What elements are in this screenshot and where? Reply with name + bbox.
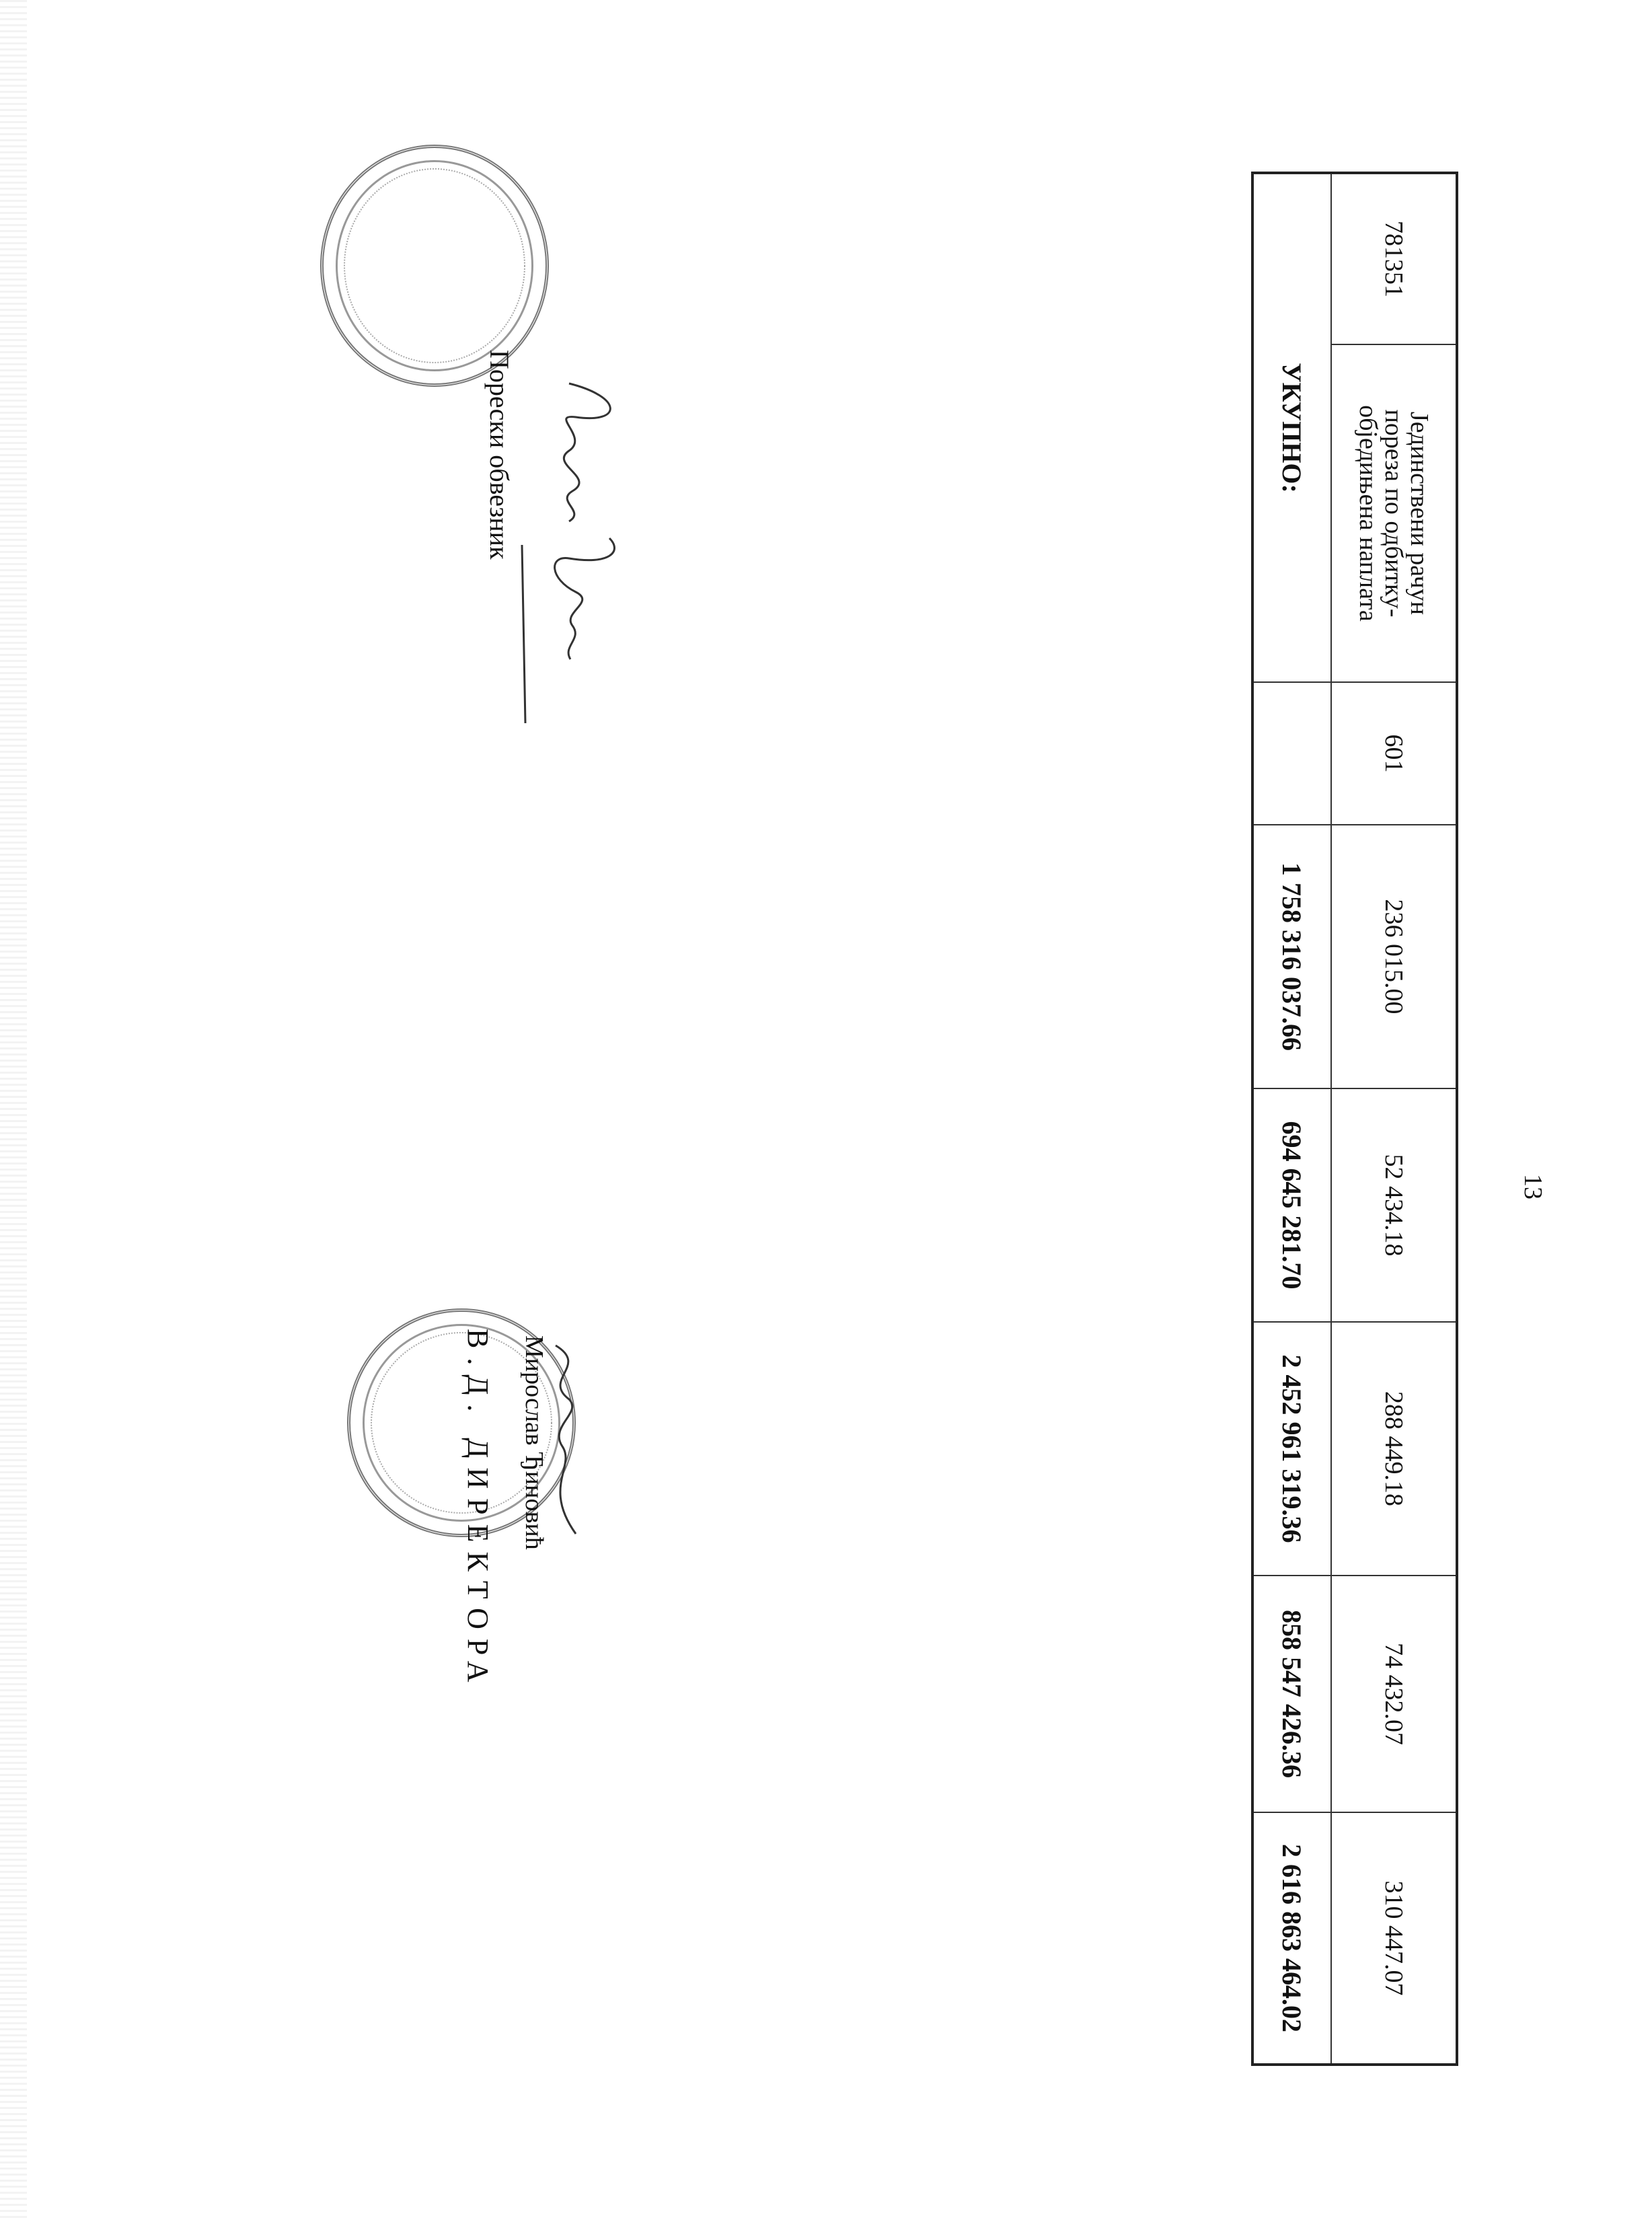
value-cell: 52 434.18 bbox=[1331, 1088, 1457, 1322]
scan-edge bbox=[0, 0, 27, 2220]
page-number: 13 bbox=[1518, 1174, 1548, 1199]
taxpayer-label: Порески обвезник bbox=[484, 350, 515, 560]
taxpayer-signature bbox=[515, 377, 650, 727]
total-row: УКУПНО: 1 758 316 037.66 694 645 281.70 … bbox=[1252, 173, 1331, 2065]
total-value-cell: 2 616 863 464.02 bbox=[1252, 1812, 1331, 2065]
empty-cell bbox=[1252, 682, 1331, 825]
revenue-table: 781351 Јединствени рачун пореза по одбит… bbox=[1251, 172, 1458, 2066]
account-name-line: пореза по одбитку- bbox=[1381, 345, 1406, 681]
total-label: УКУПНО: bbox=[1252, 173, 1331, 682]
economic-code-cell: 781351 bbox=[1331, 173, 1457, 344]
value-cell: 74 432.07 bbox=[1331, 1576, 1457, 1812]
value-cell: 288 449.18 bbox=[1331, 1322, 1457, 1576]
account-name-line: Јединствени рачун bbox=[1406, 345, 1432, 681]
total-value-cell: 2 452 961 319.36 bbox=[1252, 1322, 1331, 1576]
total-value-cell: 858 547 426.36 bbox=[1252, 1576, 1331, 1812]
document-page: 13 781351 Јединствени рачун пореза по од… bbox=[0, 0, 1652, 2220]
value-cell: 310 447.07 bbox=[1331, 1812, 1457, 2065]
account-number-cell: 601 bbox=[1331, 682, 1457, 825]
total-value-cell: 694 645 281.70 bbox=[1252, 1088, 1331, 1322]
director-title: В.Д. ДИРЕКТОРА bbox=[461, 1329, 495, 1692]
table-row: 781351 Јединствени рачун пореза по одбит… bbox=[1331, 173, 1457, 2065]
stamp-ring bbox=[344, 168, 525, 363]
account-name-cell: Јединствени рачун пореза по одбитку- обј… bbox=[1331, 344, 1457, 682]
total-value-cell: 1 758 316 037.66 bbox=[1252, 825, 1331, 1088]
account-name-line: обједињена наплата bbox=[1355, 345, 1381, 681]
director-name: Мирослав Ђиновић bbox=[519, 1335, 549, 1550]
value-cell: 236 015.00 bbox=[1331, 825, 1457, 1088]
